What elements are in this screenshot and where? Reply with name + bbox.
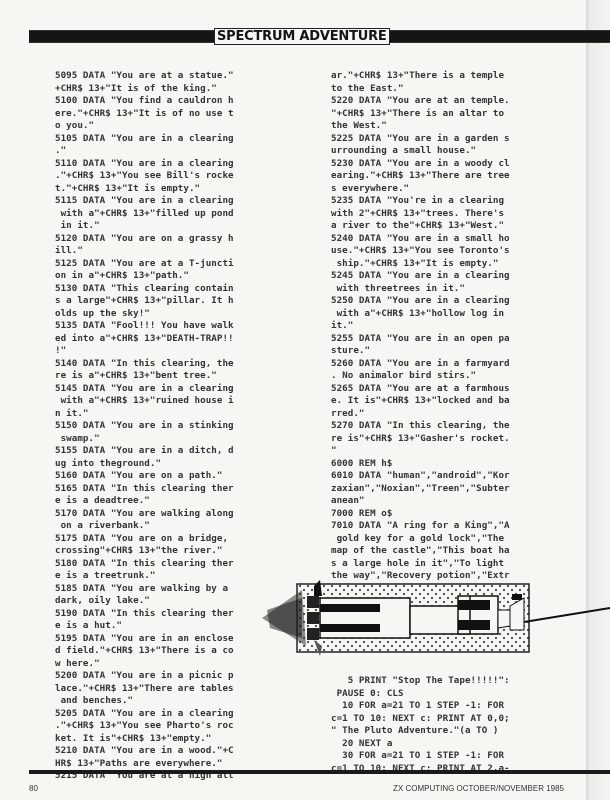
code-line: re is a"+CHR$ 13+"bent tree." (55, 370, 234, 383)
code-line: . No animalor bird stirs." (331, 370, 510, 383)
code-line: 5180 DATA "In this clearing ther (55, 558, 234, 571)
code-line: 5255 DATA "You are in an open pa (331, 333, 510, 346)
code-line: ."+CHR$ 13+"You see Bill's rocke (55, 170, 234, 183)
code-line: 5165 DATA "In this clearing ther (55, 483, 234, 496)
code-line: 5185 DATA "You are walking by a (55, 583, 234, 596)
code-line: 5170 DATA "You are walking along (55, 508, 234, 521)
code-line: ."+CHR$ 13+"You see Pharto's roc (55, 720, 234, 733)
code-line: +CHR$ 13+"It is of the king." (55, 83, 234, 96)
code-line: 5135 DATA "Fool!!! You have walk (55, 320, 234, 333)
code-line: 5205 DATA "You are in a clearing (55, 708, 234, 721)
code-line: use."+CHR$ 13+"You see Toronto's (331, 245, 510, 258)
code-line: on in a"+CHR$ 13+"path." (55, 270, 234, 283)
code-line: 5225 DATA "You are in a garden s (331, 133, 510, 146)
code-line: gold key for a gold lock","The (331, 533, 510, 546)
code-line: " (331, 445, 510, 458)
code-line: HR$ 13+"Paths are everywhere." (55, 758, 234, 771)
code-line: 5270 DATA "In this clearing, the (331, 420, 510, 433)
publication-footer: ZX COMPUTING OCTOBER/NOVEMBER 1985 (393, 784, 564, 793)
code-line: 5260 DATA "You are in a farmyard (331, 358, 510, 371)
code-listing-right: ar."+CHR$ 13+"There is a templeto the Ea… (331, 70, 510, 595)
code-line: with a"+CHR$ 13+"ruined house i (55, 395, 234, 408)
page-spine (586, 0, 610, 800)
code-line: w here." (55, 658, 234, 671)
code-line: dark, oily lake." (55, 595, 234, 608)
code-line: ed into a"+CHR$ 13+"DEATH-TRAP!! (55, 333, 234, 346)
code-line: " The Pluto Adventure."(a TO ) (331, 725, 510, 738)
page-title: SPECTRUM ADVENTURE (214, 28, 390, 45)
code-line: sture." (331, 345, 510, 358)
code-line: ship."+CHR$ 13+"It is empty." (331, 258, 510, 271)
code-line: 7010 DATA "A ring for a King","A (331, 520, 510, 533)
code-line: e is a deadtree." (55, 495, 234, 508)
code-line: 6010 DATA "human","android","Kor (331, 470, 510, 483)
code-line: d field."+CHR$ 13+"There is a co (55, 645, 234, 658)
code-line: anean" (331, 495, 510, 508)
code-line: PAUSE 0: CLS (331, 688, 510, 701)
code-line: ar."+CHR$ 13+"There is a temple (331, 70, 510, 83)
code-line: 5120 DATA "You are on a grassy h (55, 233, 234, 246)
code-line: in it." (55, 220, 234, 233)
code-line: rred." (331, 408, 510, 421)
code-listing-basic: 5 PRINT "Stop The Tape!!!!!": PAUSE 0: C… (331, 675, 510, 775)
code-line: 5190 DATA "In this clearing ther (55, 608, 234, 621)
code-line: o you." (55, 120, 234, 133)
code-line: e. It is"+CHR$ 13+"locked and ba (331, 395, 510, 408)
page-number: 80 (29, 784, 38, 793)
code-line: ." (55, 145, 234, 158)
code-line: 6000 REM h$ (331, 458, 510, 471)
code-line: ere."+CHR$ 13+"It is of no use t (55, 108, 234, 121)
code-line: swamp." (55, 433, 234, 446)
code-line: s a large hole in it","To light (331, 558, 510, 571)
code-line: map of the castle","This boat ha (331, 545, 510, 558)
code-line: 5230 DATA "You are in a woody cl (331, 158, 510, 171)
code-line: ug into theground." (55, 458, 234, 471)
code-line: 5220 DATA "You are at an temple. (331, 95, 510, 108)
code-listing-left: 5095 DATA "You are at a statue."+CHR$ 13… (55, 70, 234, 783)
footer-rule (29, 770, 610, 774)
code-line: lace."+CHR$ 13+"There are tables (55, 683, 234, 696)
code-line: re is"+CHR$ 13+"Gasher's rocket. (331, 433, 510, 446)
code-line: 5 PRINT "Stop The Tape!!!!!": (331, 675, 510, 688)
code-line: 5265 DATA "You are at a farmhous (331, 383, 510, 396)
code-line: 5125 DATA "You are at a T-juncti (55, 258, 234, 271)
rocket-illustration-icon (262, 580, 610, 656)
code-line: and benches." (55, 695, 234, 708)
code-line: s a large"+CHR$ 13+"pillar. It h (55, 295, 234, 308)
code-line: on a riverbank." (55, 520, 234, 533)
code-line: s everywhere." (331, 183, 510, 196)
code-line: e is a hut." (55, 620, 234, 633)
code-line: with a"+CHR$ 13+"filled up pond (55, 208, 234, 221)
code-line: ket. It is"+CHR$ 13+"empty." (55, 733, 234, 746)
code-line: 5210 DATA "You are in a wood."+C (55, 745, 234, 758)
code-line: 20 NEXT a (331, 738, 510, 751)
code-line: a river to the"+CHR$ 13+"West." (331, 220, 510, 233)
code-line: n it." (55, 408, 234, 421)
code-line: !" (55, 345, 234, 358)
code-line: 5250 DATA "You are in a clearing (331, 295, 510, 308)
code-line: c=1 TO 10: NEXT c: PRINT AT 0,0; (331, 713, 510, 726)
code-line: zaxian","Noxian","Treen","Subter (331, 483, 510, 496)
code-line: to the East." (331, 83, 510, 96)
code-line: with 2"+CHR$ 13+"trees. There's (331, 208, 510, 221)
code-line: the West." (331, 120, 510, 133)
code-line: with a"+CHR$ 13+"hollow log in (331, 308, 510, 321)
code-line: 5115 DATA "You are in a clearing (55, 195, 234, 208)
code-line: 5095 DATA "You are at a statue." (55, 70, 234, 83)
code-line: 5240 DATA "You are in a small ho (331, 233, 510, 246)
code-line: olds up the sky!" (55, 308, 234, 321)
code-line: 5235 DATA "You're in a clearing (331, 195, 510, 208)
code-line: t."+CHR$ 13+"It is empty." (55, 183, 234, 196)
code-line: e is a treetrunk." (55, 570, 234, 583)
code-line: 5110 DATA "You are in a clearing (55, 158, 234, 171)
code-line: 5155 DATA "You are in a ditch, d (55, 445, 234, 458)
code-line: 5130 DATA "This clearing contain (55, 283, 234, 296)
code-line: urrounding a small house." (331, 145, 510, 158)
code-line: earing."+CHR$ 13+"There are tree (331, 170, 510, 183)
code-line: 5150 DATA "You are in a stinking (55, 420, 234, 433)
code-line: 10 FOR a=21 TO 1 STEP -1: FOR (331, 700, 510, 713)
code-line: 5140 DATA "In this clearing, the (55, 358, 234, 371)
code-line: 5160 DATA "You are on a path." (55, 470, 234, 483)
code-line: crossing"+CHR$ 13+"the river." (55, 545, 234, 558)
code-line: "+CHR$ 13+"There is an altar to (331, 108, 510, 121)
code-line: 5105 DATA "You are in a clearing (55, 133, 234, 146)
code-line: 5100 DATA "You find a cauldron h (55, 95, 234, 108)
code-line: with threetrees in it." (331, 283, 510, 296)
code-line: it." (331, 320, 510, 333)
code-line: 7000 REM o$ (331, 508, 510, 521)
code-line: 5145 DATA "You are in a clearing (55, 383, 234, 396)
code-line: 5245 DATA "You are in a clearing (331, 270, 510, 283)
code-line: 5200 DATA "You are in a picnic p (55, 670, 234, 683)
code-line: 5175 DATA "You are on a bridge, (55, 533, 234, 546)
code-line: 30 FOR a=21 TO 1 STEP -1: FOR (331, 750, 510, 763)
code-line: 5195 DATA "You are in an enclose (55, 633, 234, 646)
code-line: ill." (55, 245, 234, 258)
